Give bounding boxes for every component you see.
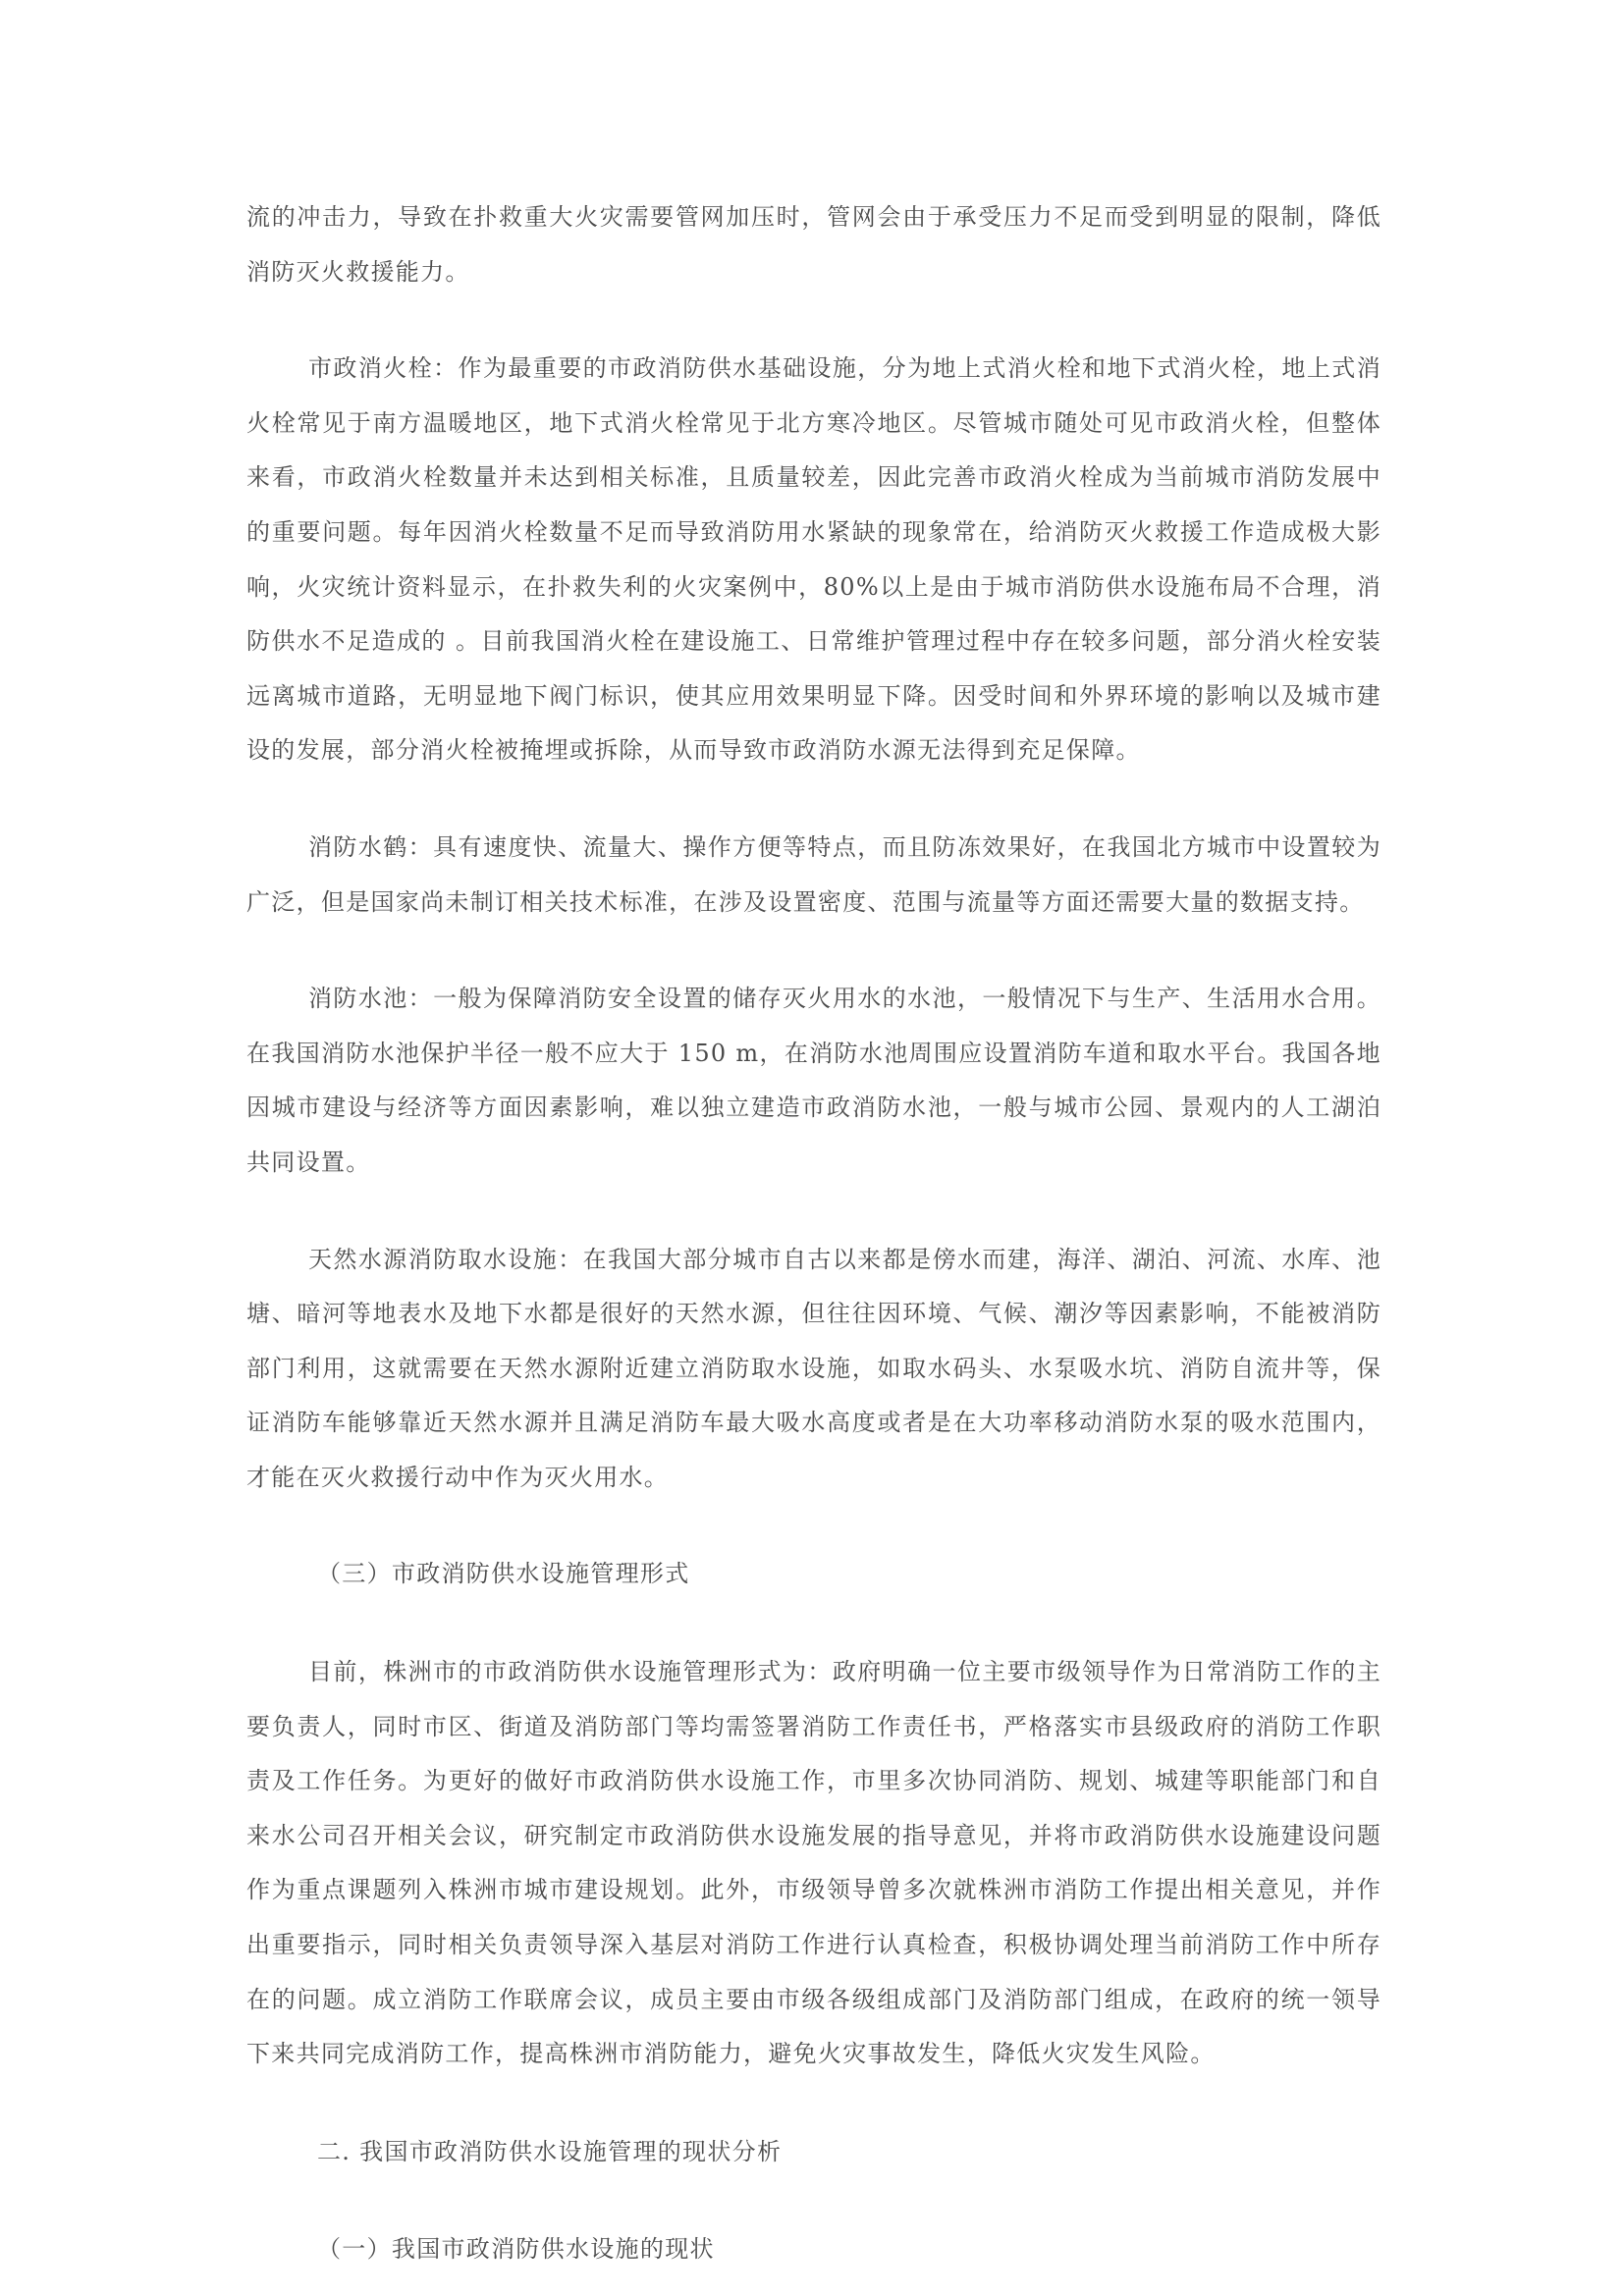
paragraph-water-crane: 消防水鹤：具有速度快、流量大、操作方便等特点，而且防冻效果好，在我国北方城市中设…: [246, 821, 1381, 930]
paragraph-fire-pool: 消防水池：一般为保障消防安全设置的储存灭火用水的水池，一般情况下与生产、生活用水…: [246, 972, 1381, 1190]
paragraph-spacer: [246, 2179, 1381, 2222]
paragraph-spacer: [246, 1602, 1381, 1645]
paragraph-zhuzhou-management: 目前，株洲市的市政消防供水设施管理形式为：政府明确一位主要市级领导作为日常消防工…: [246, 1645, 1381, 2082]
paragraph-water-network-impact: 流的冲击力，导致在扑救重大火灾需要管网加压时，管网会由于承受压力不足而受到明显的…: [246, 190, 1381, 299]
paragraph-spacer: [246, 778, 1381, 821]
paragraph-municipal-hydrant: 市政消火栓：作为最重要的市政消防供水基础设施，分为地上式消火栓和地下式消火栓，地…: [246, 342, 1381, 778]
paragraph-spacer: [246, 2082, 1381, 2125]
paragraph-spacer: [246, 299, 1381, 342]
paragraph-spacer: [246, 1191, 1381, 1233]
paragraph-spacer: [246, 930, 1381, 972]
paragraph-natural-water-intake: 天然水源消防取水设施：在我国大部分城市自古以来都是傍水而建，海洋、湖泊、河流、水…: [246, 1233, 1381, 1506]
chapter-heading-status-analysis: 二. 我国市政消防供水设施管理的现状分析: [246, 2125, 1381, 2180]
document-page: 流的冲击力，导致在扑救重大火灾需要管网加压时，管网会由于承受压力不足而受到明显的…: [246, 190, 1381, 2277]
section-heading-current-status: （一）我国市政消防供水设施的现状: [246, 2222, 1381, 2277]
section-heading-management-form: （三）市政消防供水设施管理形式: [246, 1547, 1381, 1602]
paragraph-spacer: [246, 1505, 1381, 1547]
